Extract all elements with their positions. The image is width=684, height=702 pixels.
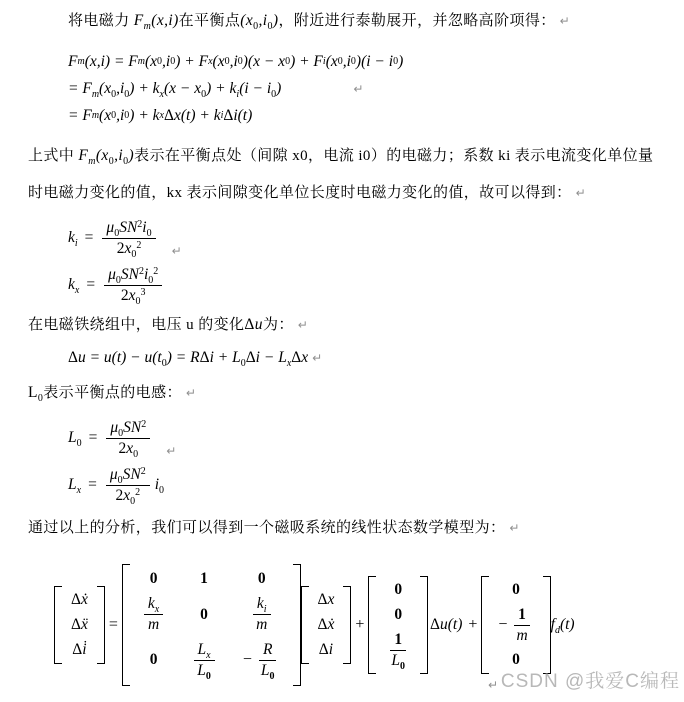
vector-cells: Δẋ Δẍ Δi̇ (64, 586, 95, 664)
equals-sign: = (88, 476, 97, 494)
fraction: μ0SN22x02 (106, 466, 150, 505)
vector-cells: Δx Δẋ Δi (311, 586, 342, 664)
fraction-numerator: kx (144, 595, 163, 615)
paragraph-coefficients-explanation: 上式中 Fm(x0,i0)表示在平衡点处（间隙 x0，电流 i0）的电磁力；系数… (28, 137, 674, 212)
vector-cell: Δẋ (313, 616, 340, 634)
paragraph-mark-icon: ↵ (509, 521, 519, 535)
vector-cell: Δx (313, 591, 340, 609)
equation-ki: ki = μ0SN2i02x02 ↵ (68, 216, 674, 260)
left-bracket (122, 564, 130, 685)
state-vector: Δx Δẋ Δi (301, 586, 352, 664)
text-run: 上式中 (28, 148, 78, 164)
paragraph-mark-icon: ↵ (576, 186, 586, 200)
paragraph-model-intro: 通过以上的分析，我们可以得到一个磁吸系统的线性状态数学模型为：↵ (28, 518, 674, 539)
fraction-denominator: L0 (387, 651, 409, 670)
matrix-cell: 1 (200, 570, 208, 588)
matrix-cell: 0 (150, 651, 158, 669)
minus-sign: − (498, 616, 507, 634)
paragraph-mark-icon: ↵ (353, 82, 363, 96)
fraction-denominator: 2x02 (113, 239, 146, 258)
inline-math-equilibrium-point: (x0,i0) (240, 12, 278, 29)
equation-text: = Fm(x0,i0) + kx(x − x0) + ki(i − i0) (68, 80, 281, 98)
system-matrix-A: 0 1 0 kxm 0 kim 0 LxL0 −RL0 (122, 564, 301, 685)
text-run: 将电磁力 (68, 13, 134, 29)
fraction-numerator: Lx (194, 641, 215, 661)
matrix-cell: LxL0 (191, 641, 217, 680)
fraction-denominator: 2x0 (114, 439, 142, 458)
right-bracket (343, 586, 351, 664)
text-run: 为： (263, 317, 294, 333)
fraction: kxm (144, 595, 163, 634)
right-bracket (420, 576, 428, 675)
vector-cell: Δi (313, 641, 340, 659)
paragraph-mark-icon: ↵ (166, 444, 176, 458)
fraction: μ0SN2i02x02 (102, 219, 155, 258)
equation-delta-u: Δu = u(t) − u(t0) = RΔi + L0Δi − LxΔx ↵ (68, 346, 674, 370)
minus-sign: − (243, 651, 252, 669)
equals-sign: = (85, 229, 94, 247)
inline-math-fm: Fm(x,i) (134, 12, 179, 29)
fraction-numerator: 1 (390, 631, 406, 651)
lhs-derivative-vector: Δẋ Δẍ Δi̇ (54, 586, 105, 664)
text-run: 在平衡点 (179, 13, 241, 29)
matrix-cells: 0 1 0 kxm 0 kim 0 LxL0 −RL0 (132, 564, 291, 685)
matrix-cell: 0 (150, 570, 158, 588)
text-run: ，附近进行泰勒展开，并忽略高阶项得： (278, 13, 555, 29)
equation-kx: kx = μ0SN2i022x03 (68, 262, 674, 308)
document-page: 将电磁力 Fm(x,i)在平衡点(x0,i0)，附近进行泰勒展开，并忽略高阶项得… (0, 0, 684, 702)
vector-cells: 0 0 1L0 (378, 576, 418, 675)
fraction-multiplier: i0 (155, 476, 164, 494)
fraction-denominator: m (252, 615, 271, 634)
control-input-term: Δu(t) (430, 616, 462, 634)
paragraph-mark-icon: ↵ (488, 678, 498, 692)
fraction: LxL0 (193, 641, 215, 680)
paragraph-mark-icon: ↵ (186, 386, 196, 400)
left-bracket (368, 576, 376, 675)
matrix-cell: 0 (200, 606, 208, 624)
csdn-watermark: CSDN @我爱C编程 (501, 666, 680, 693)
equation-lhs: Lx (68, 476, 81, 494)
vector-cell: 1L0 (380, 631, 416, 670)
equation-line-2: = Fm(x0,i0) + kx(x − x0) + ki(i − i0)↵ (68, 75, 674, 102)
fraction: 1m (512, 606, 531, 645)
fraction: 1L0 (387, 631, 409, 670)
matrix-cell: −RL0 (243, 641, 281, 680)
vector-cell: 0 (380, 581, 416, 599)
text-run: 时电磁力变化的值，kx 表示间隙变化单位长度时电磁力变化的值，故可以得到： (28, 185, 572, 201)
right-bracket (97, 586, 105, 664)
equation-lhs: kx (68, 276, 79, 294)
fraction-numerator: 1 (514, 606, 530, 626)
equation-line-3: = Fm(x0,i0) + kxΔx(t) + kiΔi(t) (68, 102, 674, 129)
fraction-denominator: L0 (193, 661, 215, 680)
equation-text: Δu = u(t) − u(t0) = RΔi + L0Δi − LxΔx (68, 349, 308, 367)
equation-Lx: Lx = μ0SN22x02 i0 (68, 462, 674, 508)
equals-sign: = (89, 429, 98, 447)
vector-cell: Δẍ (66, 616, 93, 634)
equation-lhs: L0 (68, 429, 82, 447)
inline-math-fm0: Fm(x0,i0) (78, 147, 134, 164)
matrix-cell: kxm (142, 595, 165, 634)
fraction-numerator: ki (253, 595, 271, 615)
fraction: RL0 (257, 641, 279, 680)
text-run: 通过以上的分析，我们可以得到一个磁吸系统的线性状态数学模型为： (28, 520, 505, 536)
equation-lhs: ki (68, 229, 78, 247)
vector-cells: 0 −1m 0 (491, 576, 540, 675)
fraction-denominator: 2x03 (117, 286, 150, 305)
fraction: μ0SN2i022x03 (104, 266, 162, 305)
equation-taylor-expansion: Fm(x,i) = Fm(x0,i0) + Fx(x0,i0)(x − x0) … (68, 48, 674, 129)
paragraph-mark-icon: ↵ (298, 318, 308, 332)
left-bracket (301, 586, 309, 664)
fraction-denominator: m (144, 615, 163, 634)
fraction-denominator: m (512, 626, 531, 645)
fraction-denominator: 2x02 (111, 486, 144, 505)
inline-math-L0: L0 (28, 384, 43, 401)
matrix-cell: kim (250, 595, 273, 634)
paragraph-inductance-intro: L0表示平衡点的电感：↵ (28, 382, 674, 404)
disturbance-vector-E: 0 −1m 0 (481, 576, 550, 675)
equation-line-1: Fm(x,i) = Fm(x0,i0) + Fx(x0,i0)(x − x0) … (68, 48, 674, 75)
input-vector-B: 0 0 1L0 (368, 576, 428, 675)
right-bracket (543, 576, 551, 675)
inline-math-du: Δu (244, 316, 263, 333)
paragraph-mark-icon: ↵ (312, 351, 322, 365)
fraction: kim (252, 595, 271, 634)
left-bracket (481, 576, 489, 675)
fraction-numerator: μ0SN2 (106, 466, 150, 486)
vector-cell: Δẋ (66, 591, 93, 609)
left-bracket (54, 586, 62, 664)
paragraph-taylor-intro: 将电磁力 Fm(x,i)在平衡点(x0,i0)，附近进行泰勒展开，并忽略高阶项得… (68, 10, 674, 32)
text-run: 表示平衡点的电感： (43, 385, 182, 401)
paragraph-mark-icon: ↵ (172, 244, 182, 258)
fraction-numerator: R (259, 641, 276, 661)
vector-cell: −1m (493, 606, 538, 645)
disturbance-term: fd(t) (551, 616, 575, 634)
matrix-cell: 0 (258, 570, 266, 588)
fraction-numerator: μ0SN2i02 (104, 266, 162, 286)
right-bracket (293, 564, 301, 685)
paragraph-voltage-intro: 在电磁铁绕组中，电压 u 的变化Δu为：↵ (28, 314, 674, 336)
plus-sign: + (355, 616, 364, 634)
text-run: 在电磁铁绕组中，电压 u 的变化 (28, 317, 244, 333)
fraction: μ0SN22x0 (106, 419, 150, 458)
vector-cell: 0 (493, 581, 538, 599)
fraction-denominator: L0 (257, 661, 279, 680)
equals-sign: = (86, 276, 95, 294)
plus-sign: + (468, 616, 477, 634)
equals-sign: = (109, 616, 118, 634)
fraction-numerator: μ0SN2 (106, 419, 150, 439)
equation-L0: L0 = μ0SN22x0 ↵ (68, 416, 674, 460)
paragraph-mark-icon: ↵ (560, 14, 570, 28)
vector-cell: 0 (380, 606, 416, 624)
fraction-numerator: μ0SN2i0 (102, 219, 155, 239)
vector-cell: Δi̇ (66, 641, 93, 659)
text-run: 表示在平衡点处（间隙 x0，电流 i0）的电磁力；系数 ki 表示电流变化单位量 (134, 148, 653, 164)
